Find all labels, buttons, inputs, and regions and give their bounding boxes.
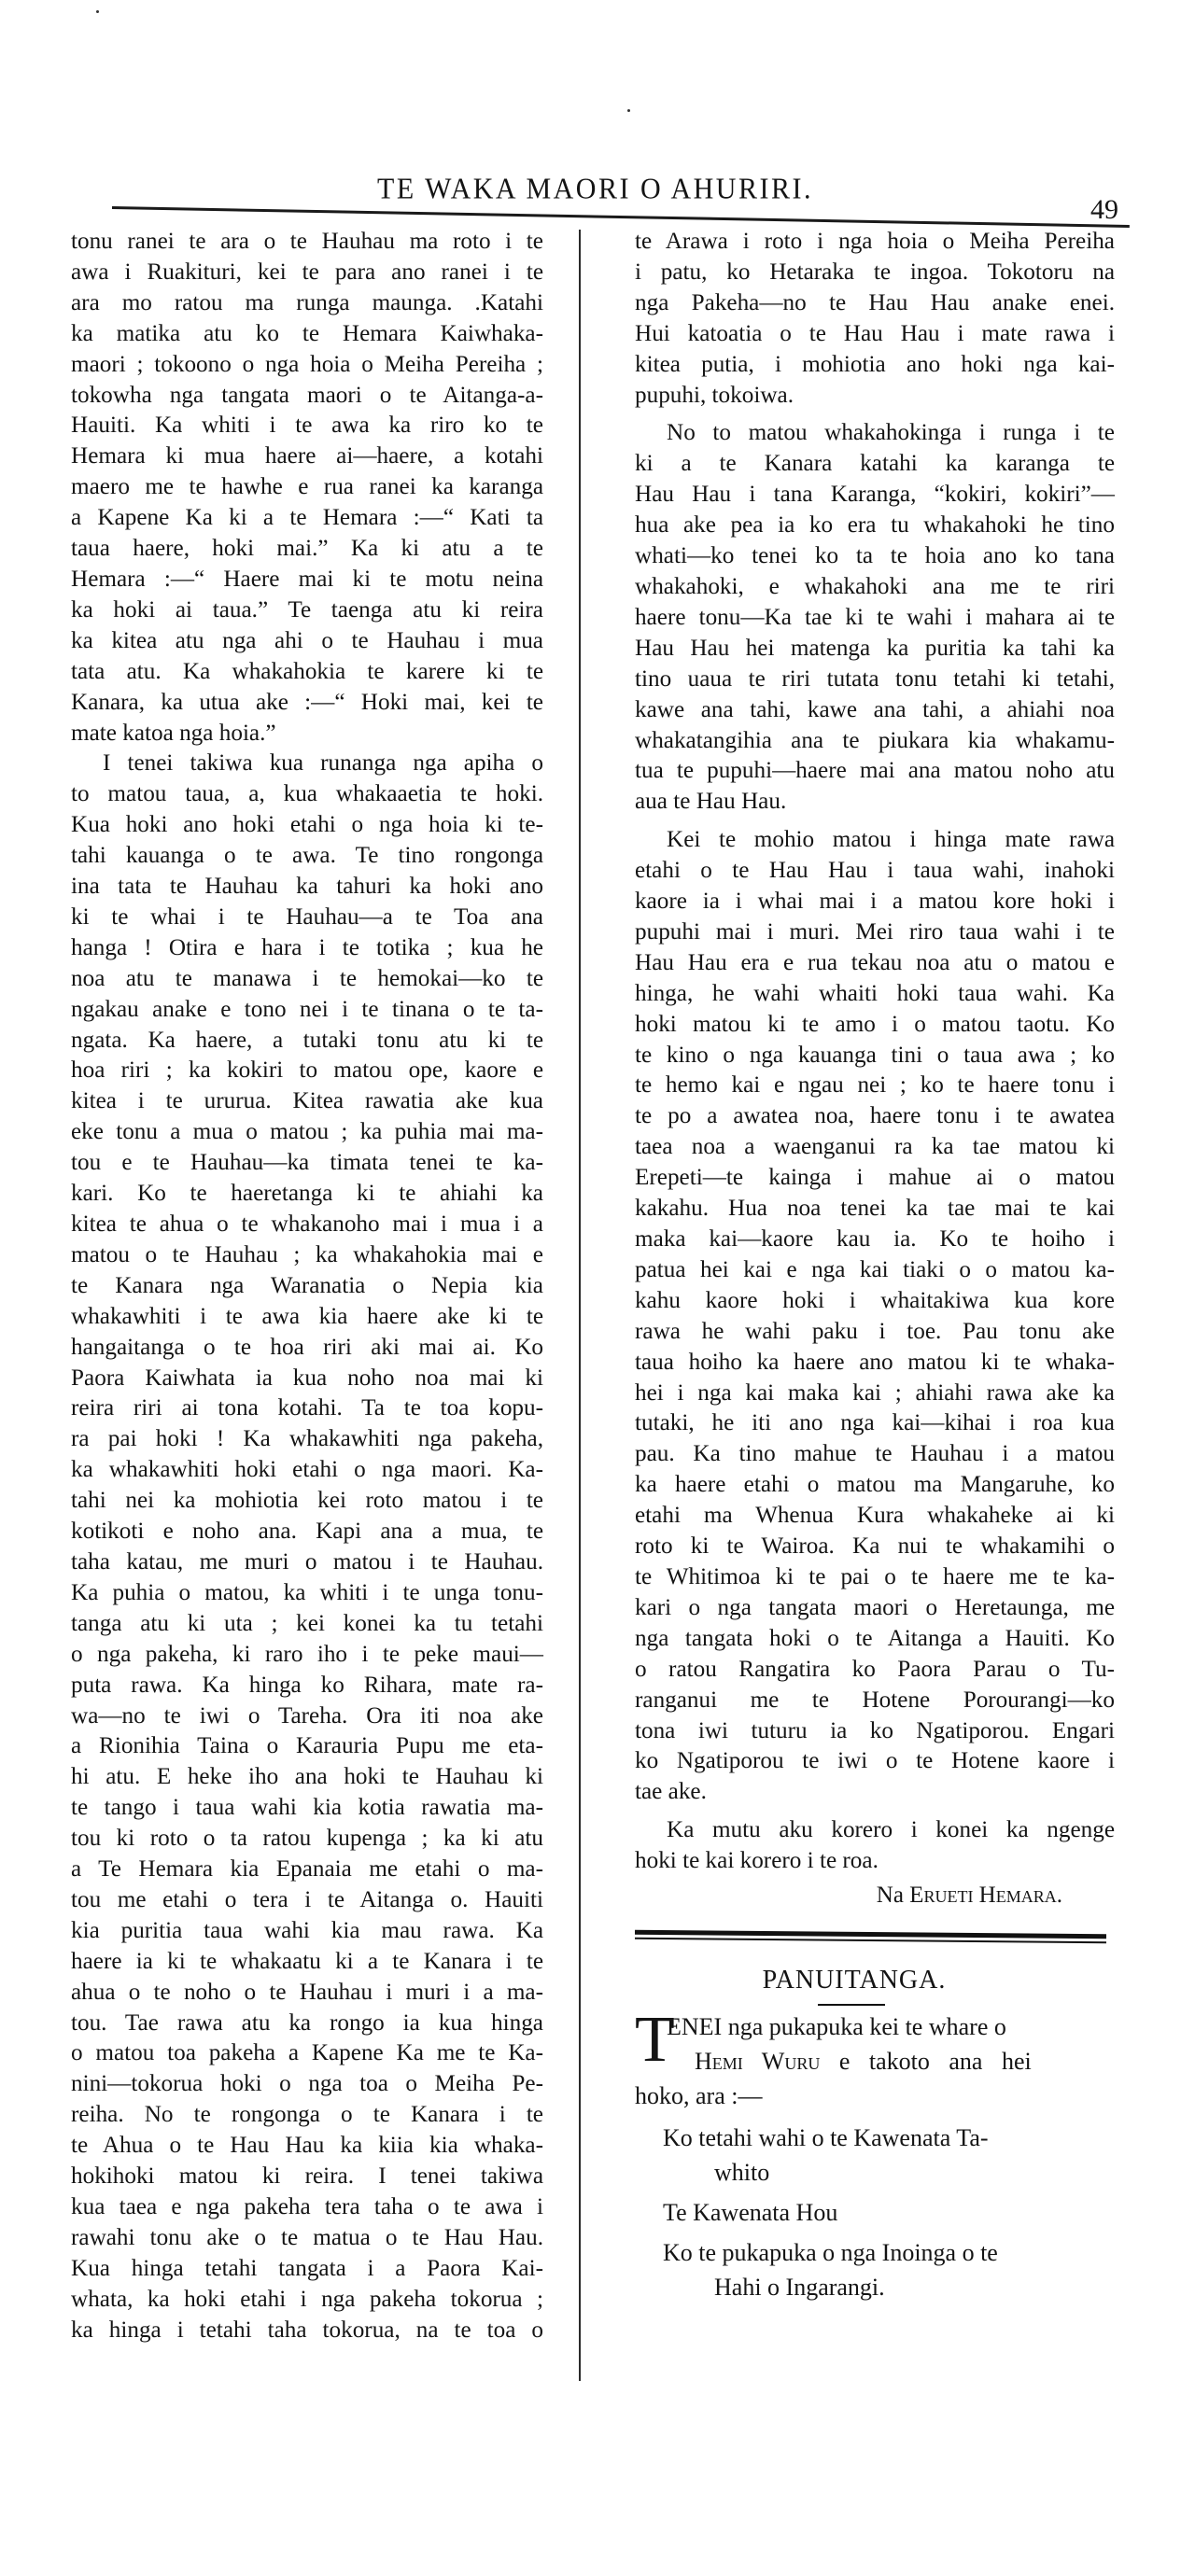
book-title: Ko tetahi wahi o te Kawenata Ta- bbox=[663, 2124, 989, 2151]
text-line: i patu, ko Hetaraka te ingoa. Tokotoru n… bbox=[635, 258, 1115, 288]
text-line: kari. Ko te haeretanga ki te ahiahi ka bbox=[71, 1179, 543, 1210]
text-line: kahu kaore hoki i whaitakiwa kua kore bbox=[635, 1286, 1115, 1317]
text-line: ranganui me te Hotene Porourangi—ko bbox=[635, 1686, 1115, 1716]
book-list-item: Ko tetahi wahi o te Kawenata Ta-whito bbox=[635, 2121, 1115, 2190]
text-line: tae ake. bbox=[635, 1777, 1115, 1808]
text-line: ki te whai i te Hauhau—a te Toa ana bbox=[71, 903, 543, 933]
text-line: tonu ranei te ara o te Hauhau ma roto i … bbox=[71, 227, 543, 258]
text-line: ka matika atu ko te Hemara Kaiwhaka- bbox=[71, 319, 543, 350]
right-column: te Arawa i roto i nga hoia o Meiha Perei… bbox=[635, 227, 1115, 2310]
signature-prefix: Na bbox=[877, 1883, 904, 1908]
text-line: reiha. No te rongonga o te Kanara i te bbox=[71, 2100, 543, 2131]
text-line: reira riri ai tona kotahi. Ta te toa kop… bbox=[71, 1393, 543, 1424]
text-line: No to matou whakahokinga i runga i te bbox=[635, 418, 1115, 449]
text-line: kaore ia i whai mai i a matou kore hoki … bbox=[635, 887, 1115, 917]
section-double-rule bbox=[635, 1932, 1106, 1941]
text-line: ko Ngatiporou te iwi o te Hotene kaore i bbox=[635, 1746, 1115, 1777]
text-line: kia puritia taua wahi kia mau rawa. Ka bbox=[71, 1916, 543, 1947]
signature-name: Erueti Hemara. bbox=[909, 1883, 1062, 1908]
text-line: ka whakawhiti hoki etahi o nga maori. Ka… bbox=[71, 1455, 543, 1486]
text-line: te tango i taua wahi kia kotia rawatia m… bbox=[71, 1793, 543, 1824]
text-line: to matou taua, a, kua whakaaetia te hoki… bbox=[71, 779, 543, 810]
text-line: kotikoti e noho ana. Kapi ana a mua, te bbox=[71, 1517, 543, 1547]
text-line: nga tangata hoki o te Aitanga a Hauiti. … bbox=[635, 1624, 1115, 1655]
text-line: ngata. Ka haere, a tutaki tonu atu ki te bbox=[71, 1026, 543, 1057]
book-list: Ko tetahi wahi o te Kawenata Ta-whitoTe … bbox=[635, 2121, 1115, 2304]
text-line: matou o te Hauhau ; ka whakahokia mai e bbox=[71, 1240, 543, 1271]
text-line: whati—ko tenei ko ta te hoia ano ko tana bbox=[635, 541, 1115, 572]
text-line: o nga pakeha, ki raro iho i te peke maui… bbox=[71, 1640, 543, 1671]
text-line: rawa he wahi paku i toe. Pau tonu ake bbox=[635, 1317, 1115, 1348]
text-line: tata atu. Ka whakahokia te karere ki te bbox=[71, 657, 543, 688]
book-list-item: Ko te pukapuka o nga Inoinga o teHahi o … bbox=[635, 2235, 1115, 2304]
book-list-item: Te Kawenata Hou bbox=[635, 2195, 1115, 2230]
paragraph: Ka mutu aku korero i konei ka ngengehoki… bbox=[635, 1815, 1115, 1877]
text-line: Hauiti. Ka whiti i te awa ka riro ko te bbox=[71, 411, 543, 441]
text-line: ka kitea atu nga ahi o te Hauhau i mua bbox=[71, 626, 543, 657]
text-line: ara mo ratou ma runga maunga. .Katahi bbox=[71, 288, 543, 319]
text-line: nga Pakeha—no te Hau Hau anake enei. bbox=[635, 288, 1115, 319]
text-line: I tenei takiwa kua runanga nga apiha o bbox=[71, 749, 543, 779]
text-line: tanga atu ki uta ; kei konei ka tu tetah… bbox=[71, 1609, 543, 1640]
drop-cap: T bbox=[635, 2011, 675, 2069]
text-line: maka kai—kaore kau ia. Ko te hoiho i bbox=[635, 1225, 1115, 1255]
notice-body: T ENEI nga pukapuka kei te whare o Hemi … bbox=[635, 2009, 1064, 2113]
book-title: Ko te pukapuka o nga Inoinga o te bbox=[663, 2239, 998, 2266]
paragraph: Kei te mohio matou i hinga mate rawaetah… bbox=[635, 825, 1115, 1808]
text-line: ra pai hoki ! Ka whakawhiti nga pakeha, bbox=[71, 1424, 543, 1455]
left-column: tonu ranei te ara o te Hauhau ma roto i … bbox=[71, 227, 543, 2346]
text-line: taha katau, me muri o matou i te Hauhau. bbox=[71, 1547, 543, 1578]
paragraph: No to matou whakahokinga i runga i teki … bbox=[635, 418, 1115, 818]
text-line: ki a te Kanara katahi ka karanga te bbox=[635, 449, 1115, 480]
bookseller-name: Hemi Wuru bbox=[695, 2048, 820, 2075]
text-line: a Rionihia Taina o Karauria Pupu me eta- bbox=[71, 1731, 543, 1762]
text-line: a Kapene Ka ki a te Hemara :—“ Kati ta bbox=[71, 503, 543, 534]
text-line: mate katoa nga hoia.” bbox=[71, 719, 543, 749]
text-line: tino uaua te riri tutata tonu tetahi ki … bbox=[635, 665, 1115, 695]
notice-title: PANUITANGA. bbox=[635, 1966, 1074, 1996]
scan-speck bbox=[96, 10, 99, 13]
text-line: awa i Ruakituri, kei te para ano ranei i… bbox=[71, 258, 543, 288]
text-line: eke tonu a mua o matou ; ka puhia mai ma… bbox=[71, 1117, 543, 1148]
text-line: ka haere etahi o matou ma Mangaruhe, ko bbox=[635, 1470, 1115, 1501]
text-line: kawe ana tahi, kawe ana tahi, a ahiahi n… bbox=[635, 695, 1115, 726]
text-line: tahi nei ka mohiotia kei roto matou i te bbox=[71, 1486, 543, 1517]
text-line: aua te Hau Hau. bbox=[635, 787, 1115, 818]
text-line: taua haere, hoki mai.” Ka ki atu a te bbox=[71, 534, 543, 565]
text-line: te Ahua o te Hau Hau ka kiia kia whaka- bbox=[71, 2131, 543, 2162]
running-title: TE WAKA MAORI O AHURIRI. bbox=[377, 173, 813, 206]
text-line: tutaki, he iti ano nga kai—kihai i roa k… bbox=[635, 1408, 1115, 1439]
text-line: etahi o te Hau Hau i taua wahi, inahoki bbox=[635, 856, 1115, 887]
text-line: tou e te Hauhau—ka timata tenei te ka- bbox=[71, 1148, 543, 1179]
text-line: hoki matou ki te amo i o matou taotu. Ko bbox=[635, 1010, 1115, 1041]
text-line: tou ki roto o ta ratou kupenga ; ka ki a… bbox=[71, 1824, 543, 1855]
text-line: hi atu. E heke iho ana hoki te Hauhau ki bbox=[71, 1762, 543, 1793]
text-line: kitea i te ururua. Kitea rawatia ake kua bbox=[71, 1086, 543, 1117]
column-divider bbox=[579, 230, 581, 2381]
text-line: kari o nga tangata maori o Heretaunga, m… bbox=[635, 1593, 1115, 1624]
text-line: wa—no te iwi o Tareha. Ora iti noa ake bbox=[71, 1701, 543, 1732]
text-line: pupuhi mai i muri. Mei riro taua wahi i … bbox=[635, 917, 1115, 948]
text-line: roto ki te Wairoa. Ka nui te whakamihi o bbox=[635, 1532, 1115, 1562]
text-line: whakawhiti i te awa kia haere ake ki te bbox=[71, 1302, 543, 1333]
text-line: te Kanara nga Waranatia o Nepia kia bbox=[71, 1271, 543, 1302]
text-line: tou me etahi o tera i te Aitanga o. Haui… bbox=[71, 1885, 543, 1916]
text-line: te hemo kai e ngau nei ; ko te haere ton… bbox=[635, 1071, 1115, 1101]
text-line: whata, ka hoki etahi i nga pakeha tokoru… bbox=[71, 2285, 543, 2316]
text-line: te Arawa i roto i nga hoia o Meiha Perei… bbox=[635, 227, 1115, 258]
text-line: maero me te hawhe e rua ranei ka karanga bbox=[71, 472, 543, 503]
text-line: Kanara, ka utua ake :—“ Hoki mai, kei te bbox=[71, 688, 543, 719]
text-line: tahi kauanga o te awa. Te tino rongonga bbox=[71, 841, 543, 872]
text-line: hua ake pea ia ko era tu whakahoki he ti… bbox=[635, 511, 1115, 541]
text-line: te kino o nga kauanga tini o taua awa ; … bbox=[635, 1041, 1115, 1071]
header-rule bbox=[112, 206, 1130, 228]
text-line: hoa riri ; ka kokiri to matou ope, kaore… bbox=[71, 1056, 543, 1086]
notice-title-rule bbox=[818, 2004, 885, 2006]
text-line: patua hei kai e nga kai tiaki o o matou … bbox=[635, 1255, 1115, 1286]
text-line: pupuhi, tokoiwa. bbox=[635, 381, 1115, 412]
text-line: ina tata te Hauhau ka tahuri ka hoki ano bbox=[71, 872, 543, 903]
text-line: te Whitimoa ki te pai o te haere me te k… bbox=[635, 1562, 1115, 1593]
text-line: kua taea e nga pakeha tera taha o te awa… bbox=[71, 2192, 543, 2223]
text-line: kitea putia, i mohiotia ano hoki nga kai… bbox=[635, 350, 1115, 381]
text-line: ka hinga i tetahi taha tokorua, na te to… bbox=[71, 2316, 543, 2346]
text-line: o ratou Rangatira ko Paora Parau o Tu- bbox=[635, 1655, 1115, 1686]
text-line: Kei te mohio matou i hinga mate rawa bbox=[635, 825, 1115, 856]
text-line: kitea te ahua o te whakanoho mai i mua i… bbox=[71, 1210, 543, 1240]
text-line: ka hoki ai taua.” Te taenga atu ki reira bbox=[71, 595, 543, 626]
text-line: te po a awatea noa, haere tonu i te awat… bbox=[635, 1101, 1115, 1132]
text-line: pau. Ka tino mahue te Hauhau i a matou bbox=[635, 1439, 1115, 1470]
text-line: hokihoki matou ki reira. I tenei takiwa bbox=[71, 2162, 543, 2192]
book-title-continuation: Hahi o Ingarangi. bbox=[663, 2270, 1115, 2304]
text-line: ngakau anake e tono nei i te tinana o te… bbox=[71, 995, 543, 1026]
text-line: noa atu te manawa i te hemokai—ko te bbox=[71, 964, 543, 995]
text-line: kakahu. Hua noa tenei ka tae mai te kai bbox=[635, 1194, 1115, 1225]
text-line: tua te pupuhi—haere mai ana matou noho a… bbox=[635, 756, 1115, 787]
text-line: taea noa a waenganui ra ka tae matou ki bbox=[635, 1132, 1115, 1163]
text-line: hangaitanga o te hoa riri aki mai ai. Ko bbox=[71, 1333, 543, 1364]
signature: Na Erueti Hemara. bbox=[635, 1881, 1115, 1911]
notice-line: ENEI nga pukapuka kei te whare o bbox=[635, 2009, 1064, 2044]
text-line: tona iwi tuturu ia ko Ngatiporou. Engari bbox=[635, 1716, 1115, 1747]
text-line: hoki te kai korero i te roa. bbox=[635, 1846, 1115, 1877]
text-line: o matou toa pakeha a Kapene Ka me te Ka- bbox=[71, 2038, 543, 2069]
text-line: Hemara :—“ Haere mai ki te motu neina bbox=[71, 565, 543, 595]
text-line: ahua o te noho o te Hauhau i muri i a ma… bbox=[71, 1978, 543, 2009]
text-line: Kua hinga tetahi tangata i a Paora Kai- bbox=[71, 2254, 543, 2285]
text-line: tokowha nga tangata maori o te Aitanga-a… bbox=[71, 381, 543, 412]
text-line: hanga ! Otira e hara i te totika ; kua h… bbox=[71, 933, 543, 964]
paragraph: te Arawa i roto i nga hoia o Meiha Perei… bbox=[635, 227, 1115, 411]
text-line: hinga, he wahi whaiti hoki taua wahi. Ka bbox=[635, 979, 1115, 1010]
text-line: Hemara ki mua haere ai—haere, a kotahi bbox=[71, 441, 543, 472]
text-line: Ka mutu aku korero i konei ka ngenge bbox=[635, 1815, 1115, 1846]
text-line: taua hoiho ka haere ano matou ki te whak… bbox=[635, 1348, 1115, 1379]
page-number: 49 bbox=[1090, 194, 1118, 226]
text-line: haere tonu—Ka tae ki te wahi i mahara ai… bbox=[635, 603, 1115, 634]
text-line: maori ; tokoono o nga hoia o Meiha Perei… bbox=[71, 350, 543, 381]
text-line: rawahi tonu ake o te matua o te Hau Hau. bbox=[71, 2223, 543, 2254]
text-line: a Te Hemara kia Epanaia me etahi o ma- bbox=[71, 1855, 543, 1885]
text-line: Paora Kaiwhata ia kua noho noa mai ki bbox=[71, 1364, 543, 1394]
text-line: Hau Hau hei matenga ka puritia ka tahi k… bbox=[635, 634, 1115, 665]
text-line: Erepeti—te kainga i mahue ai o matou bbox=[635, 1163, 1115, 1194]
notice-line-text: e takoto ana hei bbox=[839, 2048, 1032, 2075]
text-line: whakatangihia ana te piukara kia whakamu… bbox=[635, 726, 1115, 757]
text-line: whakahoki, e whakahoki ana me te riri bbox=[635, 572, 1115, 603]
book-title: Te Kawenata Hou bbox=[663, 2199, 837, 2226]
text-line: Hui katoatia o te Hau Hau i mate rawa i bbox=[635, 319, 1115, 350]
text-line: puta rawa. Ka hinga ko Rihara, mate ra- bbox=[71, 1671, 543, 1701]
text-line: Ka puhia o matou, ka whiti i te unga ton… bbox=[71, 1578, 543, 1609]
page-header: TE WAKA MAORI O AHURIRI. 49 bbox=[0, 0, 1195, 233]
text-line: Hau Hau i tana Karanga, “kokiri, kokiri”… bbox=[635, 480, 1115, 511]
book-title-continuation: whito bbox=[663, 2155, 1115, 2190]
text-line: Hau Hau era e rua tekau noa atu o matou … bbox=[635, 948, 1115, 979]
text-line: Kua hoki ano hoki etahi o nga hoia ki te… bbox=[71, 810, 543, 841]
scan-speck bbox=[627, 109, 630, 112]
text-line: haere ia ki te whakaatu ki a te Kanara i… bbox=[71, 1947, 543, 1978]
notice-line: hoko, ara :— bbox=[635, 2079, 1064, 2113]
text-line: nini—tokorua hoki o nga toa o Meiha Pe- bbox=[71, 2069, 543, 2100]
notice-line: Hemi Wuru e takoto ana hei bbox=[635, 2044, 1064, 2079]
text-line: hei i nga kai maka kai ; ahiahi rawa ake… bbox=[635, 1379, 1115, 1409]
text-line: etahi ma Whenua Kura whakaheke ai ki bbox=[635, 1501, 1115, 1532]
text-line: tou. Tae rawa atu ka rongo ia kua hinga bbox=[71, 2009, 543, 2039]
